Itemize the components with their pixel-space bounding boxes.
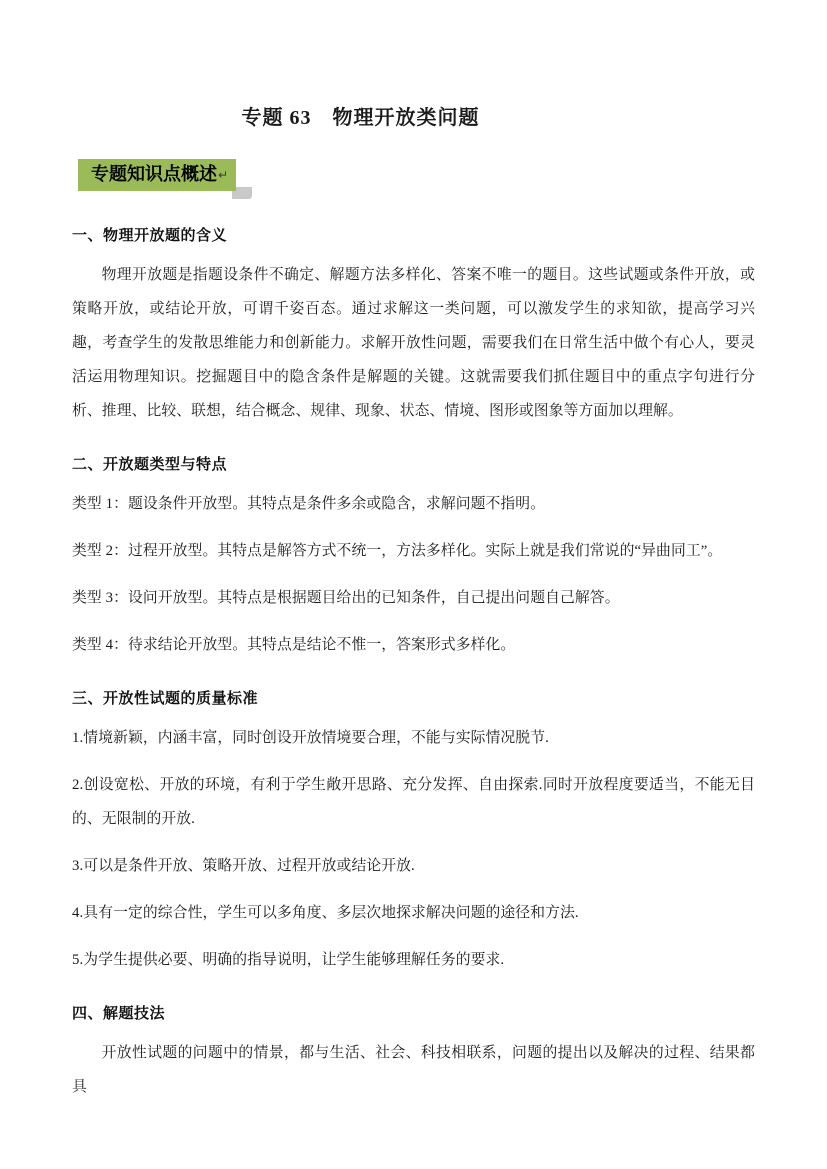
section-types: 二、开放题类型与特点 类型 1：题设条件开放型。其特点是条件多余或隐含，求解问题… (72, 455, 755, 662)
section-heading: 三、开放性试题的质量标准 (72, 689, 755, 709)
badge-label: 专题知识点概述 (91, 164, 217, 184)
section-quality-standards: 三、开放性试题的质量标准 1.情境新颖，内涵丰富，同时创设开放情境要合理，不能与… (72, 689, 755, 977)
section-solving-techniques: 四、解题技法 开放性试题的问题中的情景，都与生活、社会、科技相联系，问题的提出以… (72, 1004, 755, 1104)
document-title: 专题 63 物理开放类问题 (72, 103, 649, 133)
badge-row: 专题知识点概述↵ (78, 159, 755, 199)
section-heading: 四、解题技法 (72, 1004, 755, 1024)
paragraph-standard-1: 1.情境新颖，内涵丰富，同时创设开放情境要合理，不能与实际情况脱节. (72, 721, 755, 755)
paragraph-type-1: 类型 1：题设条件开放型。其特点是条件多余或隐含，求解问题不指明。 (72, 487, 755, 521)
paragraph: 开放性试题的问题中的情景，都与生活、社会、科技相联系，问题的提出以及解决的过程、… (72, 1036, 755, 1104)
paragraph-standard-3: 3.可以是条件开放、策略开放、过程开放或结论开放. (72, 849, 755, 883)
section-heading: 二、开放题类型与特点 (72, 455, 755, 475)
paragraph-standard-2: 2.创设宽松、开放的环境，有利于学生敞开思路、充分发挥、自由探索.同时开放程度要… (72, 768, 755, 836)
paragraph-standard-4: 4.具有一定的综合性，学生可以多角度、多层次地探求解决问题的途径和方法. (72, 896, 755, 930)
return-mark-icon: ↵ (218, 168, 228, 182)
document-page: 专题 63 物理开放类问题 专题知识点概述↵ 一、物理开放题的含义 物理开放题是… (0, 0, 827, 1169)
section-heading: 一、物理开放题的含义 (72, 226, 755, 246)
paragraph-type-4: 类型 4：待求结论开放型。其特点是结论不惟一，答案形式多样化。 (72, 628, 755, 662)
paragraph: 物理开放题是指题设条件不确定、解题方法多样化、答案不唯一的题目。这些试题或条件开… (72, 258, 755, 428)
section-meaning: 一、物理开放题的含义 物理开放题是指题设条件不确定、解题方法多样化、答案不唯一的… (72, 226, 755, 428)
paragraph-type-2: 类型 2：过程开放型。其特点是解答方式不统一，方法多样化。实际上就是我们常说的“… (72, 534, 755, 568)
topic-overview-badge: 专题知识点概述↵ (78, 159, 236, 191)
paragraph-type-3: 类型 3：设问开放型。其特点是根据题目给出的已知条件，自己提出问题自己解答。 (72, 581, 755, 615)
paragraph-standard-5: 5.为学生提供必要、明确的指导说明，让学生能够理解任务的要求. (72, 943, 755, 977)
badge-box: 专题知识点概述↵ (78, 159, 236, 191)
